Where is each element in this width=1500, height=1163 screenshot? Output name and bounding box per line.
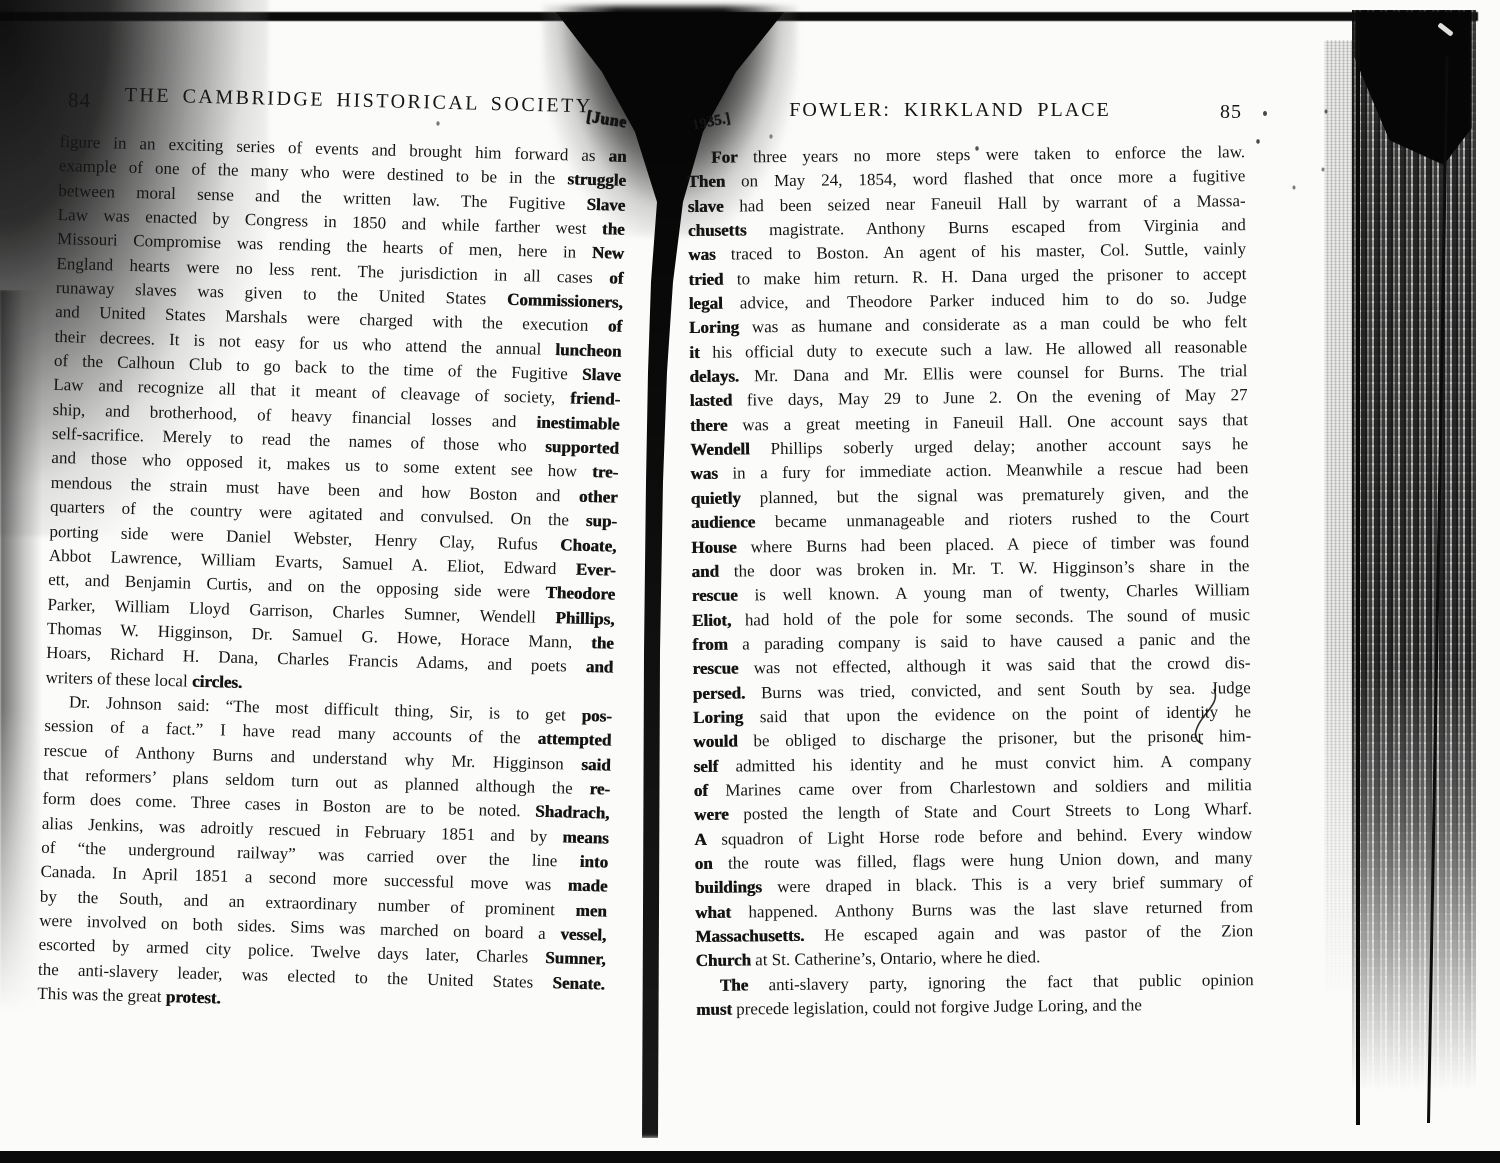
book-scan-page-spread: 84 THE CAMBRIDGE HISTORICAL SOCIETY [Jun…	[0, 0, 1500, 1163]
paragraph: The anti-slavery party, ignoring the fac…	[696, 968, 1254, 1023]
scan-bottom-edge-bar	[0, 1151, 1500, 1163]
right-running-title: FOWLER: KIRKLAND PLACE	[780, 99, 1120, 122]
scan-noise-specks	[0, 0, 2, 3]
left-page-number: 84	[68, 88, 91, 113]
scan-right-edge-band	[1352, 10, 1476, 1135]
paragraph: For three years no more steps were taken…	[687, 140, 1254, 973]
paragraph: figure in an exciting series of events a…	[45, 130, 626, 705]
text-line: must precede legislation, could not forg…	[696, 992, 1254, 1022]
left-page-body: figure in an exciting series of events a…	[37, 130, 627, 1021]
right-page-number: 85	[1220, 101, 1242, 124]
paragraph: Dr. Johnson said: “The most difficult th…	[37, 690, 612, 1021]
page-edge-line	[1356, 12, 1360, 1125]
scan-left-edge-shadow	[0, 290, 42, 1050]
right-page-body: For three years no more steps were taken…	[687, 140, 1254, 1022]
